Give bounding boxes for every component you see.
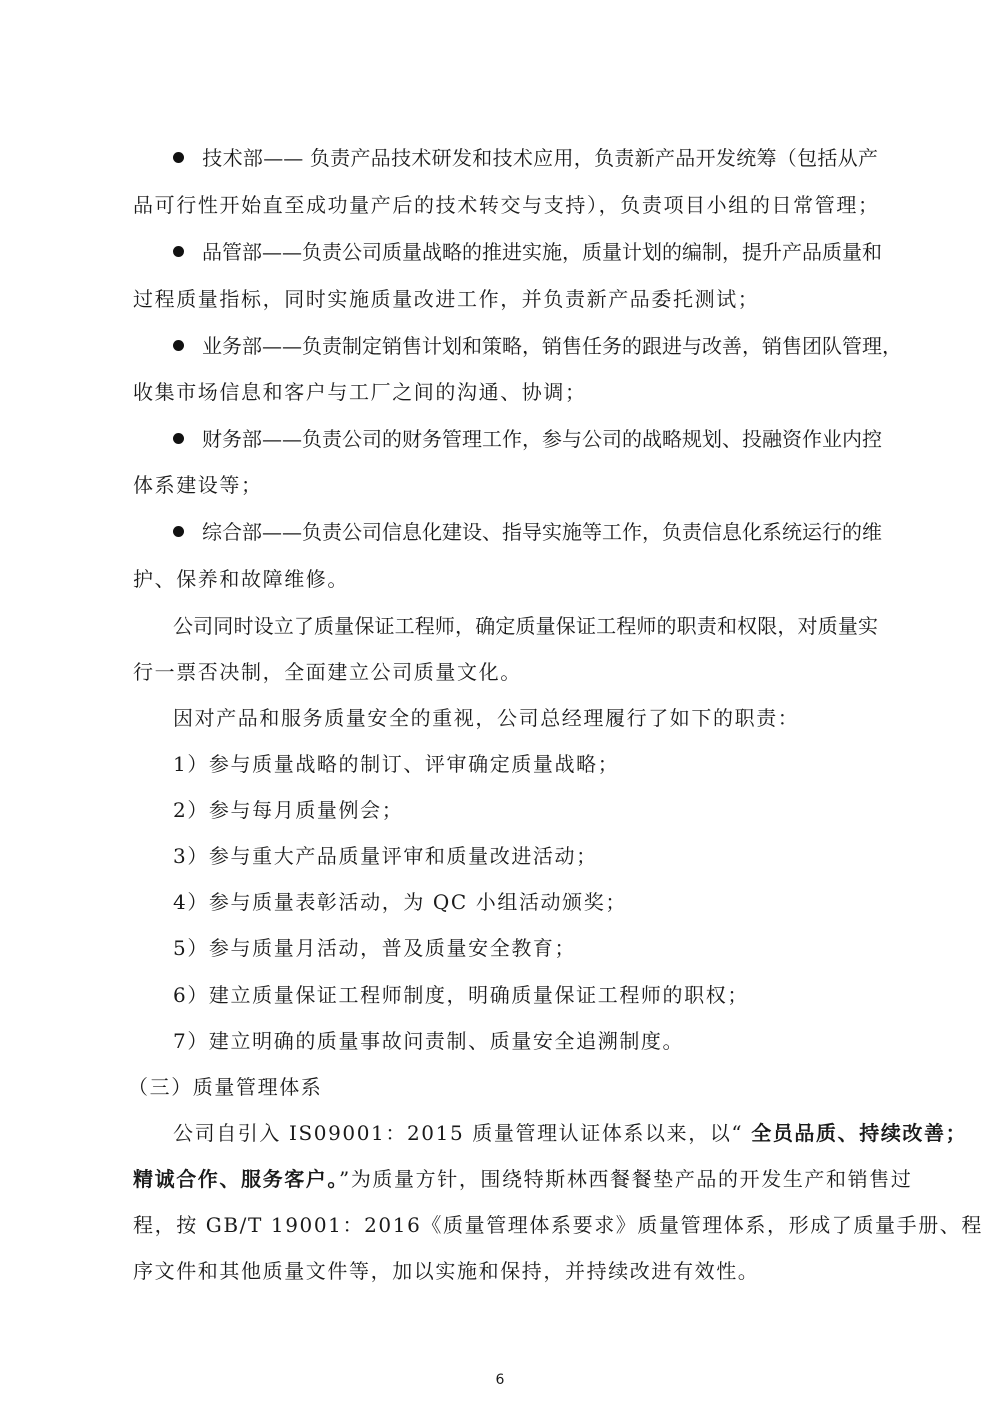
duty-item: 2）参与每月质量例会； [133, 795, 878, 825]
section-heading: （三）质量管理体系 [128, 1072, 873, 1102]
duty-item: 4）参与质量表彰活动，为 QC 小组活动颁奖； [133, 887, 878, 917]
department-item: 技术部—— 负责产品技术研发和技术应用，负责新产品开发统筹（包括从产 [133, 143, 878, 173]
duty-item: 6）建立质量保证工程师制度，明确质量保证工程师的职权； [133, 980, 878, 1010]
paragraph-line: 行一票否决制，全面建立公司质量文化。 [133, 657, 878, 687]
duty-item: 5）参与质量月活动，普及质量安全教育； [133, 933, 878, 963]
department-item: 品管部——负责公司质量战略的推进实施，质量计划的编制，提升产品质量和 [133, 237, 878, 267]
paragraph-line: 程，按 GB/T 19001：2016《质量管理体系要求》质量管理体系，形成了质… [133, 1210, 878, 1240]
paragraph-line: 因对产品和服务质量安全的重视，公司总经理履行了如下的职责： [133, 703, 878, 733]
department-continuation: 过程质量指标，同时实施质量改进工作，并负责新产品委托测试； [133, 284, 878, 314]
paragraph-line: 公司自引入 IS09001：2015 质量管理认证体系以来，以“ 全员品质、持续… [133, 1118, 878, 1148]
department-text: 品管部——负责公司质量战略的推进实施，质量计划的编制，提升产品质量和 [202, 240, 882, 264]
department-text: 财务部——负责公司的财务管理工作，参与公司的战略规划、投融资作业内控 [202, 427, 882, 451]
quality-policy-bold: 全员品质、持续改善； [751, 1121, 967, 1145]
department-continuation: 体系建设等； [133, 470, 878, 500]
page-number: 6 [0, 1372, 1000, 1388]
department-item: 财务部——负责公司的财务管理工作，参与公司的战略规划、投融资作业内控 [133, 424, 878, 454]
bullet-icon [173, 152, 184, 163]
department-item: 业务部——负责制定销售计划和策略，销售任务的跟进与改善，销售团队管理， [133, 331, 878, 361]
duty-item: 1）参与质量战略的制订、评审确定质量战略； [133, 749, 878, 779]
department-text: 综合部——负责公司信息化建设、指导实施等工作，负责信息化系统运行的维 [202, 520, 882, 544]
quality-policy-bold: 精诚合作、服务客户。 [133, 1167, 339, 1191]
text: ”为质量方针，围绕特斯林西餐餐垫产品的开发生产和销售过 [339, 1167, 912, 1191]
bullet-icon [173, 433, 184, 444]
bullet-icon [173, 526, 184, 537]
department-text: 业务部——负责制定销售计划和策略，销售任务的跟进与改善，销售团队管理， [202, 334, 902, 358]
department-text: 技术部—— 负责产品技术研发和技术应用，负责新产品开发统筹（包括从产 [202, 146, 878, 170]
text: 公司自引入 IS09001：2015 质量管理认证体系以来，以“ [173, 1121, 751, 1145]
department-continuation: 品可行性开始直至成功量产后的技术转交与支持），负责项目小组的日常管理； [133, 190, 878, 220]
paragraph-line: 精诚合作、服务客户。”为质量方针，围绕特斯林西餐餐垫产品的开发生产和销售过 [133, 1164, 878, 1194]
department-continuation: 收集市场信息和客户与工厂之间的沟通、协调； [133, 377, 878, 407]
department-continuation: 护、保养和故障维修。 [133, 564, 878, 594]
paragraph-line: 公司同时设立了质量保证工程师，确定质量保证工程师的职责和权限，对质量实 [133, 611, 878, 641]
bullet-icon [173, 246, 184, 257]
duty-item: 3）参与重大产品质量评审和质量改进活动； [133, 841, 878, 871]
duty-item: 7）建立明确的质量事故问责制、质量安全追溯制度。 [133, 1026, 878, 1056]
bullet-icon [173, 340, 184, 351]
department-item: 综合部——负责公司信息化建设、指导实施等工作，负责信息化系统运行的维 [133, 517, 878, 547]
paragraph-line: 序文件和其他质量文件等，加以实施和保持，并持续改进有效性。 [133, 1256, 878, 1286]
